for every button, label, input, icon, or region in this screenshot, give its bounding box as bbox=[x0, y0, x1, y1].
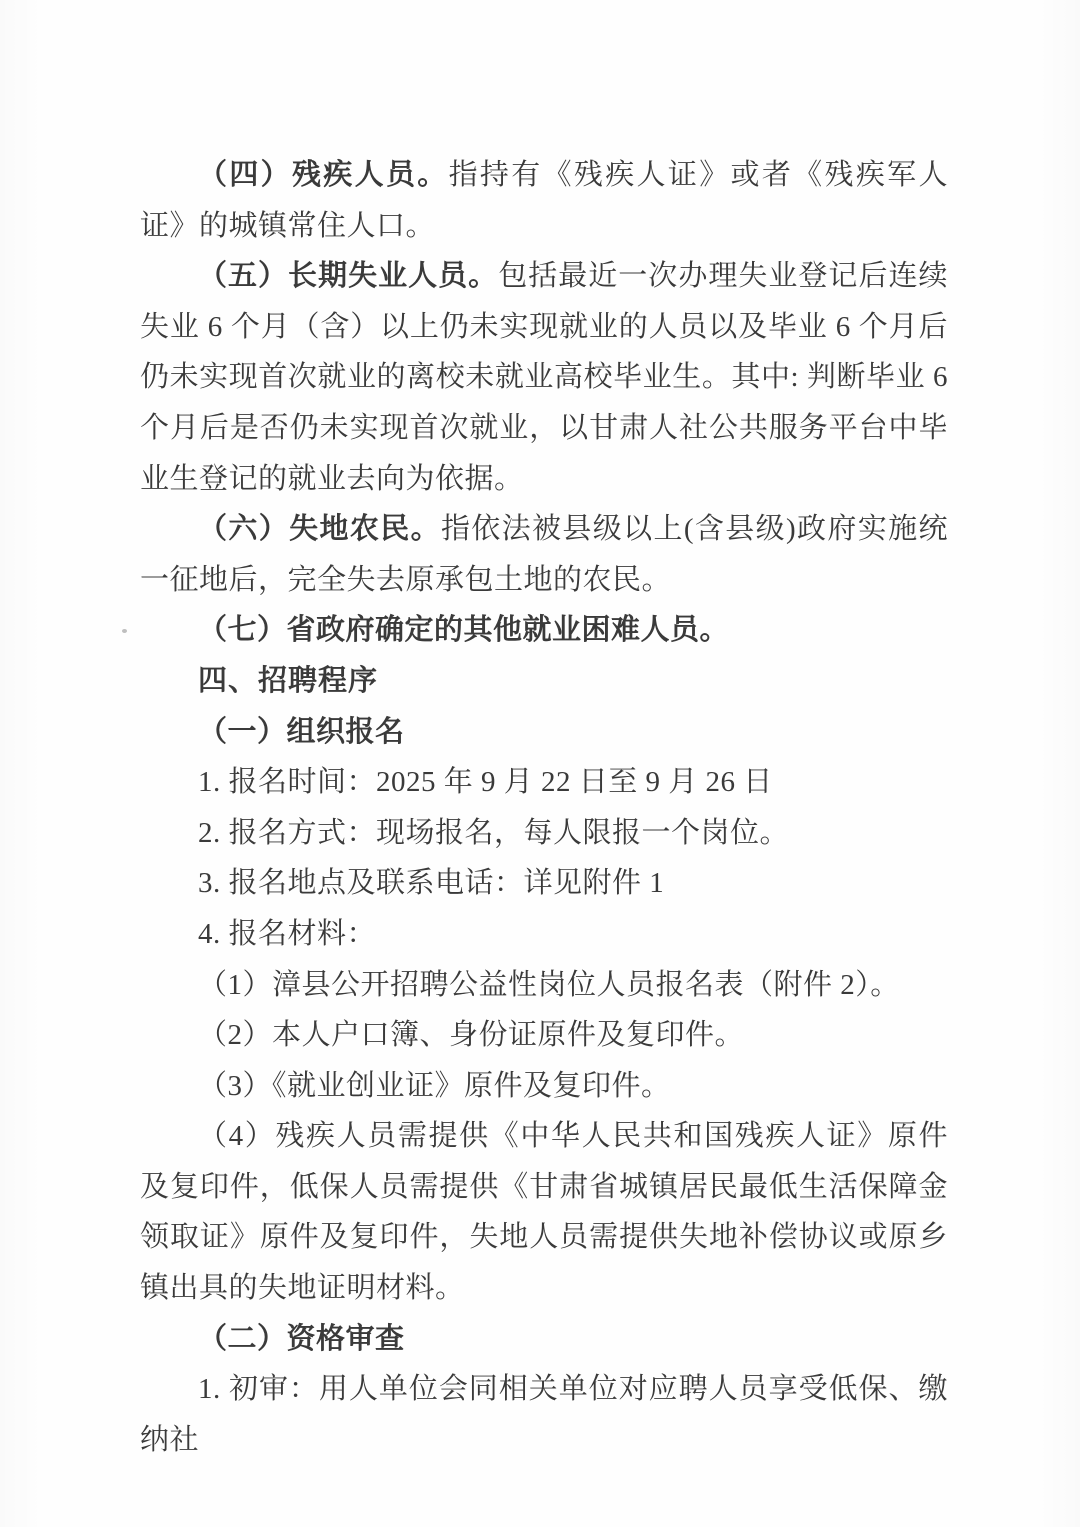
paragraph-reg-4-materials: 4. 报名材料： bbox=[140, 909, 948, 960]
text-segment: 4. 报名材料： bbox=[198, 918, 376, 950]
text-segment: （六）失地农民。 bbox=[198, 513, 441, 545]
text-segment: 包括最近一次办理失业登记后连续失业 6 个月（含）以上仍未实现就业的人员以及毕业… bbox=[140, 260, 948, 494]
paragraph-section-4-recruitment-procedure: 四、招聘程序 bbox=[140, 656, 948, 707]
paragraph-item-5-long-term-unemployed: （五）长期失业人员。包括最近一次办理失业登记后连续失业 6 个月（含）以上仍未实… bbox=[140, 251, 948, 504]
paragraph-subsection-2-qualification-review: （二）资格审查 bbox=[140, 1314, 948, 1365]
scan-artifact-dot bbox=[122, 629, 127, 633]
document-page: （四）残疾人员。指持有《残疾人证》或者《残疾军人证》的城镇常住人口。（五）长期失… bbox=[0, 0, 1080, 1527]
text-segment: （四）残疾人员。 bbox=[198, 159, 449, 191]
text-segment: 2. 报名方式：现场报名，每人限报一个岗位。 bbox=[198, 817, 789, 849]
paragraph-reg-1-time: 1. 报名时间：2025 年 9 月 22 日至 9 月 26 日 bbox=[140, 757, 948, 808]
paragraph-item-6-landless-farmers: （六）失地农民。指依法被县级以上(含县级)政府实施统一征地后，完全失去原承包土地… bbox=[140, 504, 948, 605]
text-segment: （2）本人户口簿、身份证原件及复印件。 bbox=[198, 1019, 744, 1051]
text-segment: （五）长期失业人员。 bbox=[198, 260, 498, 292]
text-segment: （3）《就业创业证》原件及复印件。 bbox=[198, 1070, 671, 1102]
paragraph-material-3-employment-cert: （3）《就业创业证》原件及复印件。 bbox=[140, 1061, 948, 1112]
text-segment: 3. 报名地点及联系电话：详见附件 1 bbox=[198, 867, 664, 899]
document-content: （四）残疾人员。指持有《残疾人证》或者《残疾军人证》的城镇常住人口。（五）长期失… bbox=[140, 150, 948, 1465]
paragraph-subsection-1-registration: （一）组织报名 bbox=[140, 707, 948, 758]
paragraph-reg-2-method: 2. 报名方式：现场报名，每人限报一个岗位。 bbox=[140, 808, 948, 859]
paragraph-item-7-other-difficult-persons: （七）省政府确定的其他就业困难人员。 bbox=[140, 605, 948, 656]
text-segment: （二）资格审查 bbox=[198, 1323, 405, 1355]
paragraph-material-4-special-certs: （4）残疾人员需提供《中华人民共和国残疾人证》原件及复印件，低保人员需提供《甘肃… bbox=[140, 1111, 948, 1313]
paragraph-item-4-disabled-persons: （四）残疾人员。指持有《残疾人证》或者《残疾军人证》的城镇常住人口。 bbox=[140, 150, 948, 251]
text-segment: （1）漳县公开招聘公益性岗位人员报名表（附件 2）。 bbox=[198, 969, 900, 1001]
text-segment: 1. 初审：用人单位会同相关单位对应聘人员享受低保、缴纳社 bbox=[140, 1373, 948, 1456]
text-segment: （七）省政府确定的其他就业困难人员。 bbox=[198, 614, 729, 646]
paragraph-material-1-application-form: （1）漳县公开招聘公益性岗位人员报名表（附件 2）。 bbox=[140, 960, 948, 1011]
text-segment: 1. 报名时间：2025 年 9 月 22 日至 9 月 26 日 bbox=[198, 766, 773, 798]
paragraph-material-2-household-id: （2）本人户口簿、身份证原件及复印件。 bbox=[140, 1010, 948, 1061]
text-segment: （一）组织报名 bbox=[198, 716, 405, 748]
text-segment: （4）残疾人员需提供《中华人民共和国残疾人证》原件及复印件，低保人员需提供《甘肃… bbox=[140, 1120, 948, 1304]
paragraph-reg-3-location: 3. 报名地点及联系电话：详见附件 1 bbox=[140, 858, 948, 909]
text-segment: 四、招聘程序 bbox=[198, 665, 378, 697]
paragraph-review-1-initial: 1. 初审：用人单位会同相关单位对应聘人员享受低保、缴纳社 bbox=[140, 1364, 948, 1465]
